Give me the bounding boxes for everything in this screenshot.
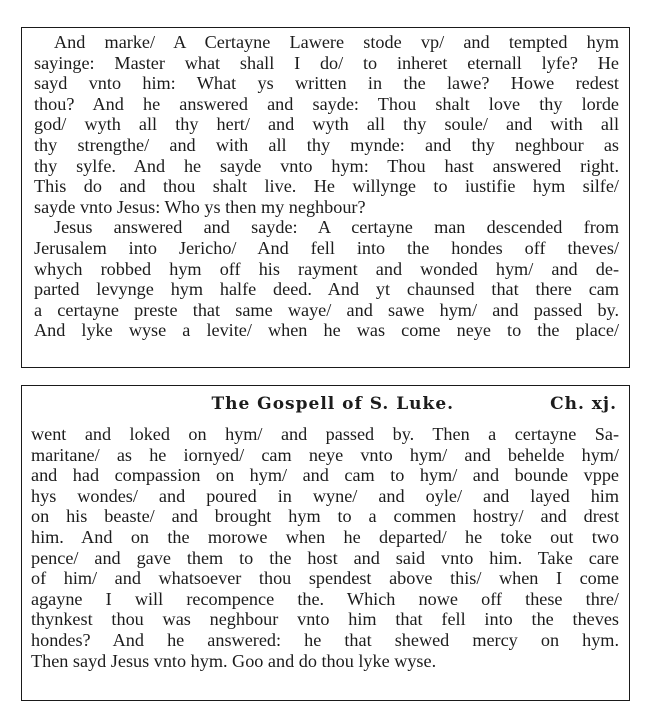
text-line: sayde vnto Jesus: Who ys then my neghbou… [34, 197, 619, 218]
text-line: sayd vnto him: What ys written in the la… [34, 73, 619, 94]
text-line: whych robbed hym off his rayment and won… [34, 259, 619, 280]
text-line: and had compassion on hym/ and cam to hy… [31, 465, 619, 486]
text-line: thy sylfe. And he sayde vnto hym: Thou h… [34, 156, 619, 177]
text-line: And marke/ A Certayne Lawere stode vp/ a… [34, 32, 619, 53]
text-line: hondes? And he answered: he that shewed … [31, 630, 619, 651]
paragraph-parable-continued: went and loked on hym/ and passed by. Th… [31, 424, 619, 671]
text-line: Jesus answered and sayde: A certayne man… [34, 217, 619, 238]
page-excerpt-top: And marke/ A Certayne Lawere stode vp/ a… [21, 27, 630, 368]
text-line: god/ wyth all thy hert/ and wyth all thy… [34, 114, 619, 135]
text-line: agayne I will recompence the. Which nowe… [31, 589, 619, 610]
text-line: thou? And he answered and sayde: Thou sh… [34, 94, 619, 115]
text-line: thynkest thou was neghbour vnto him that… [31, 609, 619, 630]
text-line: parted levynge hym halfe deed. And yt ch… [34, 279, 619, 300]
text-line: pence/ and gave them to the host and sai… [31, 548, 619, 569]
text-line: went and loked on hym/ and passed by. Th… [31, 424, 619, 445]
text-line: sayinge: Master what shall I do/ to inhe… [34, 53, 619, 74]
text-line: him. And on the morowe when he departed/… [31, 527, 619, 548]
text-line: Jerusalem into Jericho/ And fell into th… [34, 238, 619, 259]
chapter-label: Ch. xj. [550, 394, 617, 415]
text-line: maritane/ as he iornyed/ cam neye vnto h… [31, 445, 619, 466]
text-line: This do and thou shalt live. He willynge… [34, 176, 619, 197]
text-line: a certayne preste that same waye/ and sa… [34, 300, 619, 321]
running-header-title: The Gospell of S. Luke. [211, 394, 454, 415]
running-header: The Gospell of S. Luke. Ch. xj. [31, 394, 619, 424]
text-line: thy strengthe/ and with all thy mynde: a… [34, 135, 619, 156]
text-line: of him/ and whatsoever thou spendest abo… [31, 568, 619, 589]
page-excerpt-bottom: The Gospell of S. Luke. Ch. xj. went and… [21, 385, 630, 701]
paragraph-parable-start: Jesus answered and sayde: A certayne man… [34, 217, 619, 341]
text-line: on his beaste/ and brought hym to a comm… [31, 506, 619, 527]
text-line: hys wondes/ and poured in wyne/ and oyle… [31, 486, 619, 507]
paragraph-lawyer-question: And marke/ A Certayne Lawere stode vp/ a… [34, 32, 619, 217]
text-line: Then sayd Jesus vnto hym. Goo and do tho… [31, 651, 619, 672]
text-line: And lyke wyse a levite/ when he was come… [34, 320, 619, 341]
